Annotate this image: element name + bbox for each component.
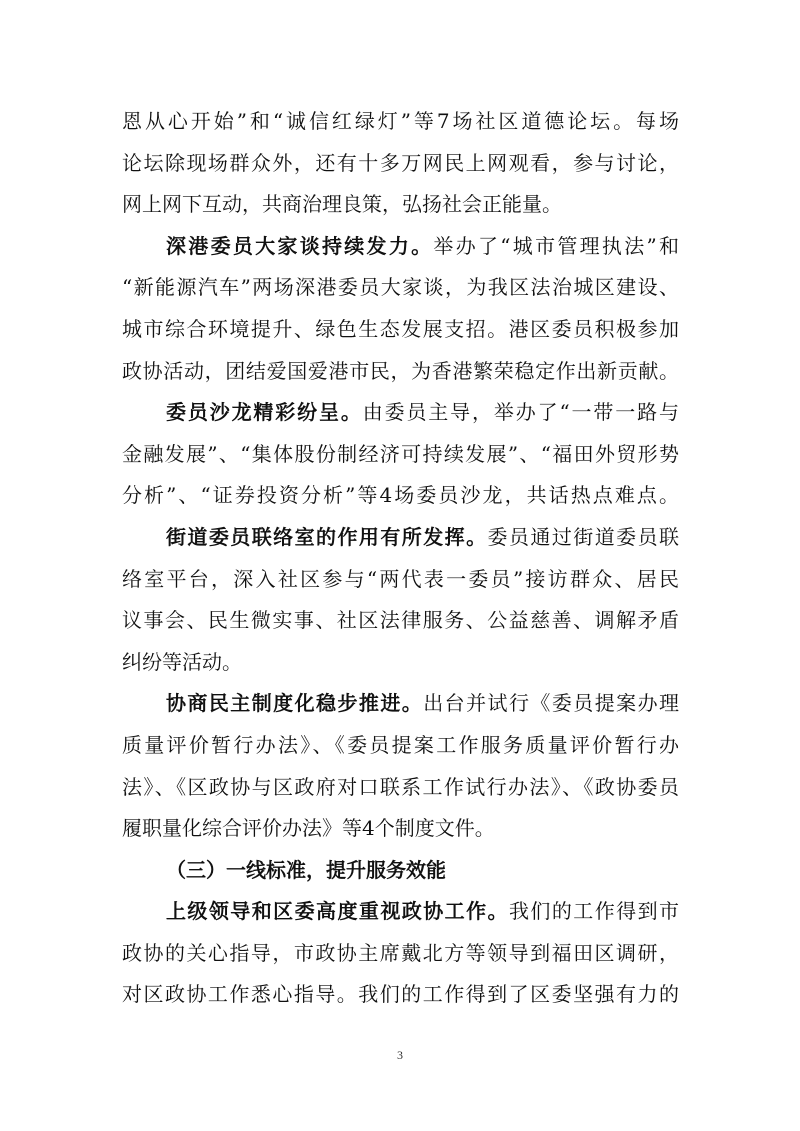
paragraph-street-liaison-office: 街道委员联络室的作用有所发挥。委员通过街道委员联 络室平台，深入社区参与“两代表… [122, 517, 679, 683]
paragraph-lead: 上级领导和区委高度重视政协工作。 [166, 899, 509, 923]
paragraph-consultative-democracy: 协商民主制度化稳步推进。出台并试行《委员提案办理 质量评价暂行办法》、《委员提案… [122, 683, 679, 849]
paragraph-text: 出台并试行《委员提案办理 [423, 691, 679, 715]
text-line: 恩从心开始”和“诚信红绿灯”等7场社区道德论坛。每场 [122, 101, 679, 143]
text-line: 对区政协工作悉心指导。我们的工作得到了区委坚强有力的 [122, 974, 679, 1016]
paragraph-shenzhen-hk-talks: 深港委员大家谈持续发力。举办了“城市管理执法”和 “新能源汽车”两场深港委员大家… [122, 226, 679, 392]
paragraph-lead: 街道委员联络室的作用有所发挥。 [166, 525, 488, 549]
text-line: 议事会、民生微实事、社区法律服务、公益慈善、调解矛盾 [122, 600, 679, 642]
text-line: 街道委员联络室的作用有所发挥。委员通过街道委员联 [122, 517, 679, 559]
text-line: 法》、《区政协与区政府对口联系工作试行办法》、《政协委员 [122, 767, 679, 809]
paragraph-lead: 深港委员大家谈持续发力。 [166, 234, 433, 258]
paragraph-text: 举办了“城市管理执法”和 [433, 234, 679, 258]
text-line: 政协活动，团结爱国爱港市民，为香港繁荣稳定作出新贡献。 [122, 351, 679, 393]
document-page: 恩从心开始”和“诚信红绿灯”等7场社区道德论坛。每场 论坛除现场群众外，还有十多… [0, 0, 800, 1131]
text-line: 履职量化综合评价办法》等4个制度文件。 [122, 808, 679, 850]
text-line: 协商民主制度化稳步推进。出台并试行《委员提案办理 [122, 683, 679, 725]
text-line: 政协的关心指导，市政协主席戴北方等领导到福田区调研， [122, 933, 679, 975]
paragraph-community-forums: 恩从心开始”和“诚信红绿灯”等7场社区道德论坛。每场 论坛除现场群众外，还有十多… [122, 101, 679, 226]
text-line: 城市综合环境提升、绿色生态发展支招。港区委员积极参加 [122, 309, 679, 351]
page-number: 3 [390, 1048, 410, 1063]
section-heading: （三）一线标准，提升服务效能 [122, 850, 679, 892]
paragraph-lead: 协商民主制度化稳步推进。 [166, 691, 423, 715]
text-line: 深港委员大家谈持续发力。举办了“城市管理执法”和 [122, 226, 679, 268]
paragraph-member-salon: 委员沙龙精彩纷呈。由委员主导，举办了“一带一路与 金融发展”、“集体股份制经济可… [122, 392, 679, 517]
paragraph-text: 由委员主导，举办了“一带一路与 [363, 400, 679, 424]
text-line: 上级领导和区委高度重视政协工作。我们的工作得到市 [122, 891, 679, 933]
paragraph-lead: 委员沙龙精彩纷呈。 [166, 400, 363, 424]
paragraph-text: 委员通过街道委员联 [488, 525, 679, 549]
paragraph-leadership-support: 上级领导和区委高度重视政协工作。我们的工作得到市 政协的关心指导，市政协主席戴北… [122, 891, 679, 1016]
text-line: 委员沙龙精彩纷呈。由委员主导，举办了“一带一路与 [122, 392, 679, 434]
text-line: 纠纷等活动。 [122, 642, 679, 684]
paragraph-text: 我们的工作得到市 [509, 899, 679, 923]
text-line: 质量评价暂行办法》、《委员提案工作服务质量评价暂行办 [122, 725, 679, 767]
text-line: 分析”、“证券投资分析”等4场委员沙龙，共话热点难点。 [122, 475, 679, 517]
text-line: 论坛除现场群众外，还有十多万网民上网观看，参与讨论， [122, 143, 679, 185]
text-line: “新能源汽车”两场深港委员大家谈，为我区法治城区建设、 [122, 267, 679, 309]
text-line: 网上网下互动，共商治理良策，弘扬社会正能量。 [122, 184, 679, 226]
document-body: 恩从心开始”和“诚信红绿灯”等7场社区道德论坛。每场 论坛除现场群众外，还有十多… [122, 101, 679, 1016]
text-line: 金融发展”、“集体股份制经济可持续发展”、“福田外贸形势 [122, 434, 679, 476]
text-line: 络室平台，深入社区参与“两代表一委员”接访群众、居民 [122, 559, 679, 601]
